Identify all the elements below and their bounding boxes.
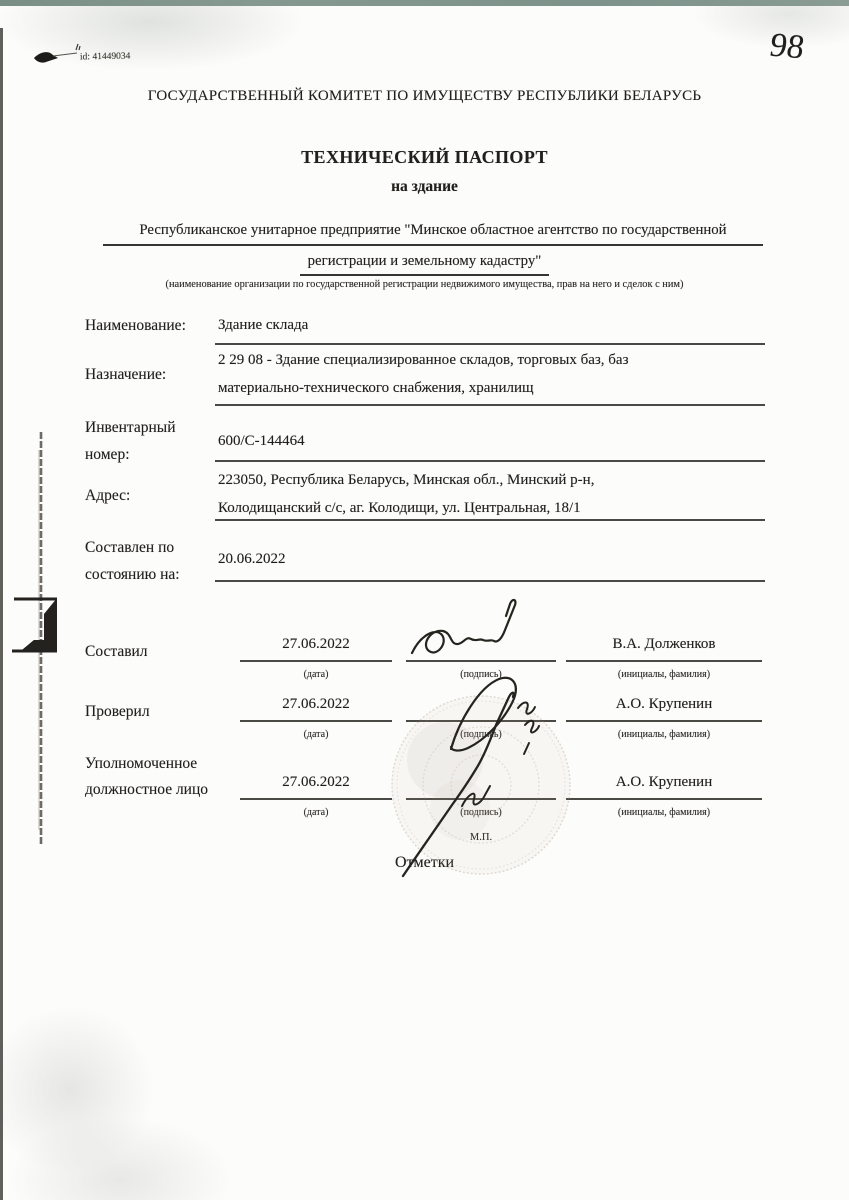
organization-caption: (наименование организации по государстве…	[0, 279, 849, 290]
field-value-name: Здание склада	[218, 317, 308, 334]
field-value-asof: 20.06.2022	[218, 551, 286, 568]
signature-name-1: В.А. Долженков	[566, 636, 762, 653]
committee-heading: ГОСУДАРСТВЕННЫЙ КОМИТЕТ ПО ИМУЩЕСТВУ РЕС…	[0, 88, 849, 105]
field-label-inventory-1: Инвентарный	[85, 419, 176, 437]
signature-date-2: 27.06.2022	[240, 696, 392, 713]
signature-line	[406, 660, 556, 662]
field-line	[215, 343, 765, 345]
caption-sign: (подпись)	[406, 669, 556, 680]
field-label-inventory-2: номер:	[85, 446, 130, 464]
organization-name-line2: регистрации и земельному кадастру"	[300, 253, 550, 276]
caption-sign: (подпись)	[406, 807, 556, 818]
field-value-purpose-2: материально-технического снабжения, хран…	[218, 380, 534, 397]
signature-date-1: 27.06.2022	[240, 636, 392, 653]
handwritten-page-number: 98	[767, 27, 807, 68]
signature-line	[406, 720, 556, 722]
scan-blot-mark	[34, 44, 80, 63]
field-value-purpose-1: 2 29 08 - Здание специализированное скла…	[218, 352, 629, 369]
signature-role-3-line1: Уполномоченное	[85, 755, 197, 773]
signature-line	[406, 798, 556, 800]
signature-name-3: А.О. Крупенин	[566, 774, 762, 791]
caption-date: (дата)	[240, 729, 392, 740]
caption-date: (дата)	[240, 669, 392, 680]
signature-ink-3b	[462, 786, 490, 806]
signature-line	[566, 798, 762, 800]
field-label-name: Наименование:	[85, 317, 186, 335]
field-value-inventory: 600/С-144464	[218, 433, 305, 450]
organization-name-line2-wrap: регистрации и земельному кадастру"	[0, 252, 849, 276]
field-line	[215, 404, 765, 406]
signature-role-3-line2: должностное лицо	[85, 781, 208, 799]
scan-vertical-line-artifact	[39, 432, 41, 845]
signature-role-1: Составил	[85, 643, 148, 661]
caption-name: (инициалы, фамилия)	[566, 729, 762, 740]
caption-date: (дата)	[240, 807, 392, 818]
field-line	[215, 580, 765, 582]
signature-date-3: 27.06.2022	[240, 774, 392, 791]
round-stamp	[392, 696, 570, 874]
caption-name: (инициалы, фамилия)	[566, 807, 762, 818]
marks-title: Отметки	[0, 854, 849, 872]
field-label-asof-2: состоянию на:	[85, 566, 180, 584]
signature-line	[566, 720, 762, 722]
field-value-address-2: Колодищанский с/с, аг. Колодищи, ул. Цен…	[218, 500, 581, 517]
signature-name-2: А.О. Крупенин	[566, 696, 762, 713]
signature-line	[240, 720, 392, 722]
field-label-address: Адрес:	[85, 487, 130, 505]
document-subtitle: на здание	[0, 178, 849, 196]
signature-role-2: Проверил	[85, 703, 150, 721]
signature-line	[566, 660, 762, 662]
signature-ink-1	[412, 600, 515, 653]
scanned-document-page: id: 41449034 98 ГОСУДАРСТВЕННЫЙ КОМИТЕТ …	[0, 0, 849, 1200]
field-line	[215, 460, 765, 462]
scan-edge-band	[0, 0, 849, 6]
caption-name: (инициалы, фамилия)	[566, 669, 762, 680]
organization-name-line1: Республиканское унитарное предприятие "М…	[103, 222, 763, 246]
signature-line	[240, 798, 392, 800]
signature-line	[240, 660, 392, 662]
caption-sign: (подпись)	[406, 729, 556, 740]
document-title: ТЕХНИЧЕСКИЙ ПАСПОРТ	[0, 147, 849, 168]
stamp-place-caption: М.П.	[406, 832, 556, 843]
scan-arrow-mark	[12, 598, 57, 652]
scan-left-edge-line	[0, 28, 3, 1200]
field-label-asof-1: Составлен по	[85, 539, 174, 557]
field-label-purpose: Назначение:	[85, 366, 166, 384]
scan-id-text: id: 41449034	[80, 52, 131, 63]
field-line	[215, 519, 765, 521]
field-value-address-1: 223050, Республика Беларусь, Минская обл…	[218, 472, 594, 489]
